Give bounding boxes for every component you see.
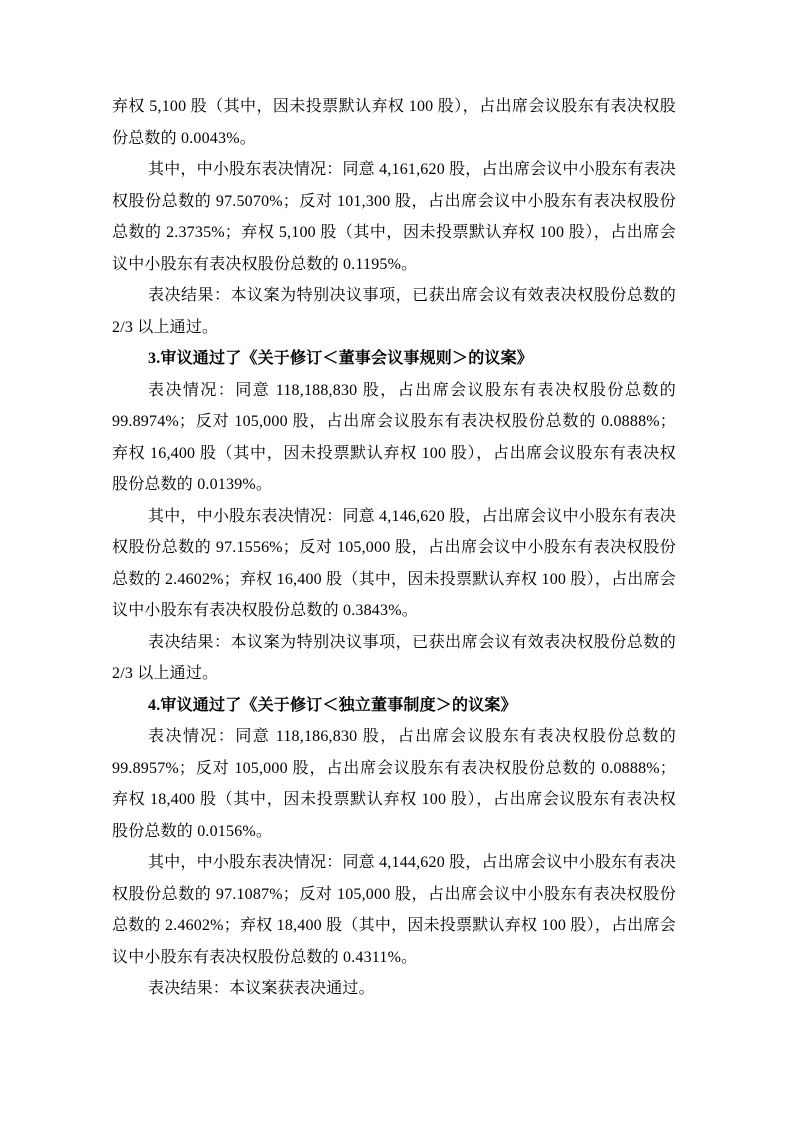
section-heading: 4.审议通过了《关于修订＜独立董事制度＞的议案》	[112, 690, 676, 722]
body-paragraph: 表决情况：同意 118,186,830 股，占出席会议股东有表决权股份总数的 9…	[112, 721, 676, 847]
body-paragraph: 表决结果：本议案为特别决议事项，已获出席会议有效表决权股份总数的 2/3 以上通…	[112, 627, 676, 690]
section-heading: 3.审议通过了《关于修订＜董事会议事规则＞的议案》	[112, 343, 676, 375]
body-paragraph: 其中，中小股东表决情况：同意 4,146,620 股，占出席会议中小股东有表决权…	[112, 501, 676, 627]
body-paragraph: 表决结果：本议案为特别决议事项，已获出席会议有效表决权股份总数的 2/3 以上通…	[112, 280, 676, 343]
body-paragraph: 弃权 5,100 股（其中，因未投票默认弃权 100 股），占出席会议股东有表决…	[112, 91, 676, 154]
document-body: 弃权 5,100 股（其中，因未投票默认弃权 100 股），占出席会议股东有表决…	[112, 91, 676, 1005]
body-paragraph: 表决情况：同意 118,188,830 股，占出席会议股东有表决权股份总数的 9…	[112, 375, 676, 501]
document-page: 弃权 5,100 股（其中，因未投票默认弃权 100 股），占出席会议股东有表决…	[0, 0, 794, 1122]
body-paragraph: 其中，中小股东表决情况：同意 4,161,620 股，占出席会议中小股东有表决权…	[112, 154, 676, 280]
body-paragraph: 表决结果：本议案获表决通过。	[112, 973, 676, 1005]
body-paragraph: 其中，中小股东表决情况：同意 4,144,620 股，占出席会议中小股东有表决权…	[112, 847, 676, 973]
